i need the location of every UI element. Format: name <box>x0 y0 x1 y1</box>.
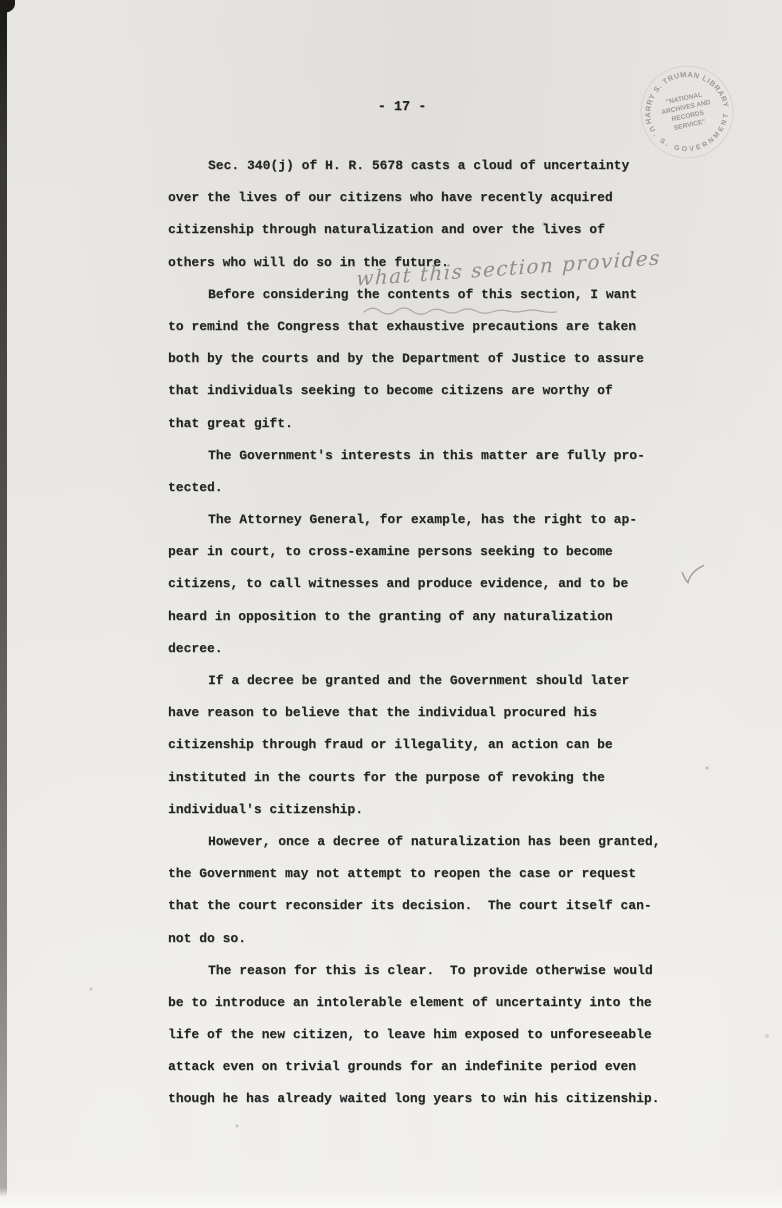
typed-line: The Government's interests in this matte… <box>168 440 728 472</box>
typed-line: the Government may not attempt to reopen… <box>168 858 728 890</box>
typed-line: over the lives of our citizens who have … <box>168 182 728 214</box>
scan-bottom-edge <box>0 1188 782 1208</box>
typed-line: not do so. <box>168 923 728 955</box>
typed-line: heard in opposition to the granting of a… <box>168 601 728 633</box>
typed-line: both by the courts and by the Department… <box>168 343 728 375</box>
typed-line: If a decree be granted and the Governmen… <box>168 665 728 697</box>
scan-corner-shadow <box>0 0 15 13</box>
typed-line: The Attorney General, for example, has t… <box>168 504 728 536</box>
scan-specks <box>0 0 2 2</box>
typed-line: that the court reconsider its decision. … <box>168 890 728 922</box>
typed-line: Sec. 340(j) of H. R. 5678 casts a cloud … <box>168 150 728 182</box>
typed-text-block: Sec. 340(j) of H. R. 5678 casts a cloud … <box>168 150 728 1116</box>
typed-line: citizens, to call witnesses and produce … <box>168 568 728 600</box>
typed-line: citizenship through naturalization and o… <box>168 214 728 246</box>
typed-line: that great gift. <box>168 408 728 440</box>
typed-line: though he has already waited long years … <box>168 1083 728 1115</box>
typed-line: be to introduce an intolerable element o… <box>168 987 728 1019</box>
typed-line: However, once a decree of naturalization… <box>168 826 728 858</box>
scanned-document-page: - 17 - HARRY S. TRUMAN LIBRARY U. S. GOV… <box>0 0 782 1208</box>
typed-line: attack even on trivial grounds for an in… <box>168 1051 728 1083</box>
typed-line: others who will do so in the future. <box>168 247 728 279</box>
typed-line: life of the new citizen, to leave him ex… <box>168 1019 728 1051</box>
typed-line: citizenship through fraud or illegality,… <box>168 729 728 761</box>
typed-line: that individuals seeking to become citiz… <box>168 375 728 407</box>
typed-line: The reason for this is clear. To provide… <box>168 955 728 987</box>
typed-line: tected. <box>168 472 728 504</box>
typed-line: pear in court, to cross-examine persons … <box>168 536 728 568</box>
typed-line: decree. <box>168 633 728 665</box>
typed-line: Before considering the contents of this … <box>168 279 728 311</box>
typed-line: individual's citizenship. <box>168 794 728 826</box>
scan-left-edge <box>0 0 7 1208</box>
typed-line: have reason to believe that the individu… <box>168 697 728 729</box>
typed-line: to remind the Congress that exhaustive p… <box>168 311 728 343</box>
typed-line: instituted in the courts for the purpose… <box>168 762 728 794</box>
